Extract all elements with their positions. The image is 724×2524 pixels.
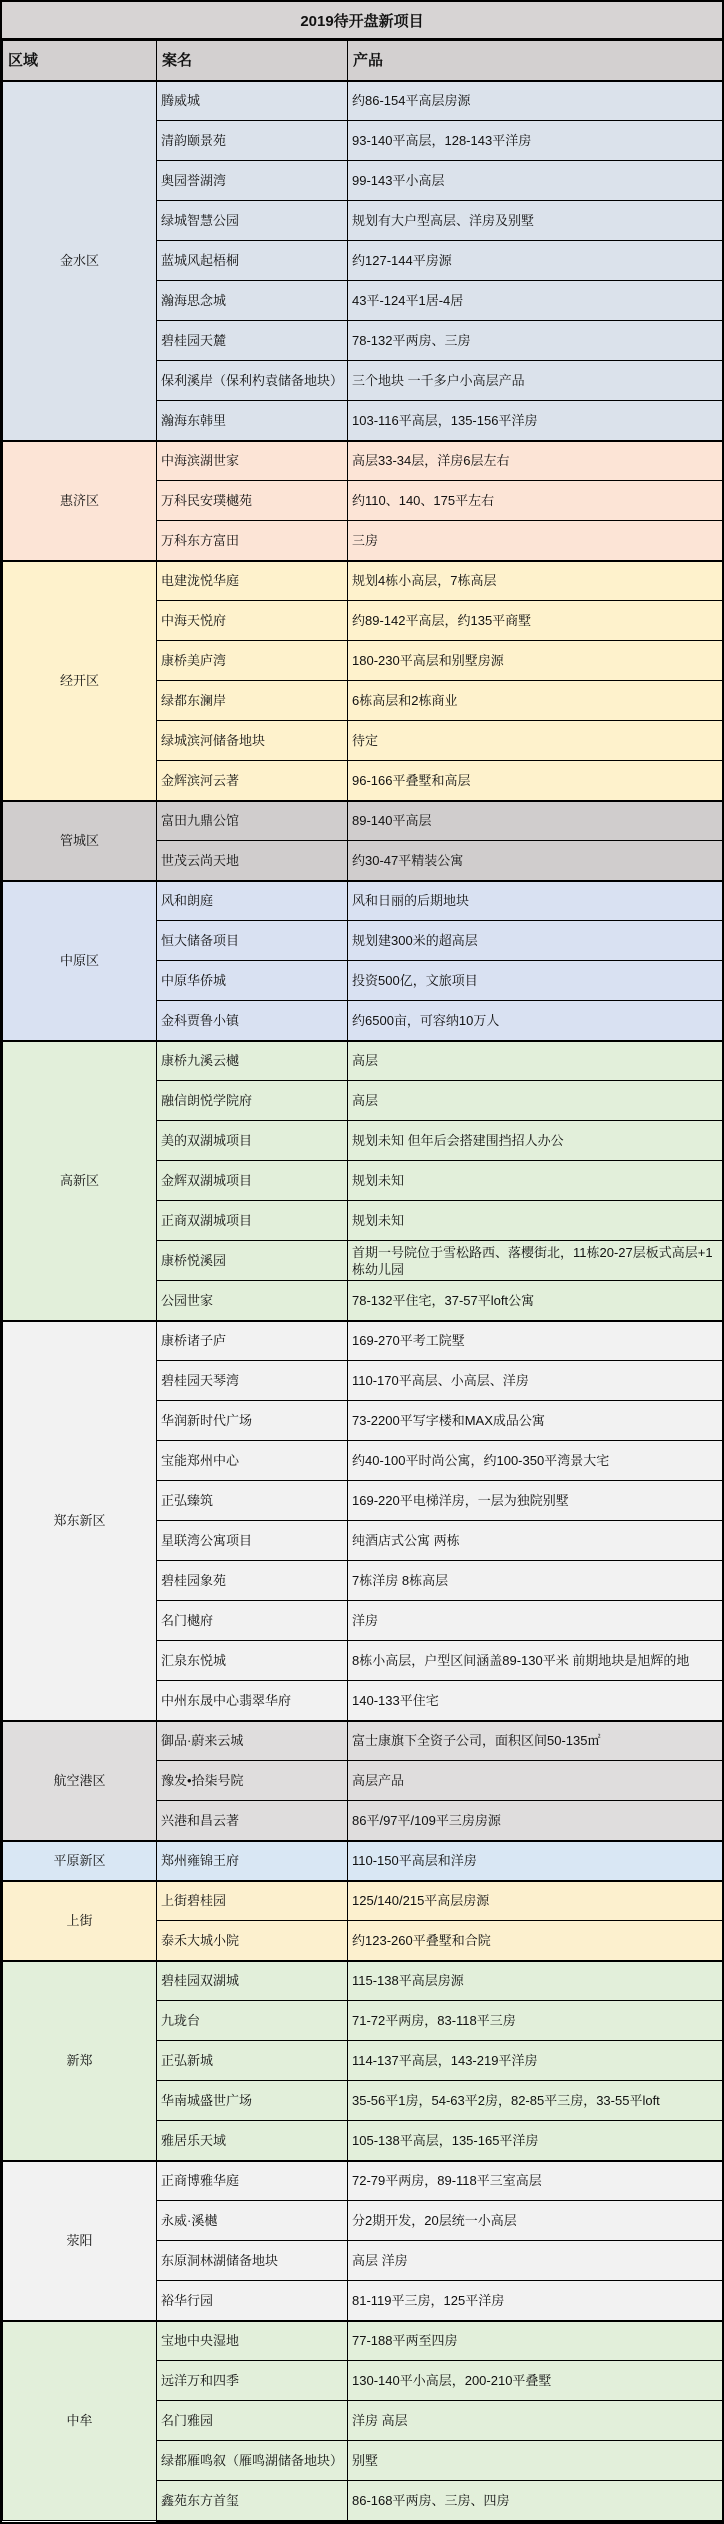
- product-cell: 规划未知: [348, 1161, 723, 1201]
- region-cell: 航空港区: [3, 1721, 157, 1841]
- region-cell: 中牟: [3, 2321, 157, 2521]
- table-row: 中原区风和朗庭风和日丽的后期地块: [3, 881, 723, 921]
- product-cell: 96-166平叠墅和高层: [348, 761, 723, 801]
- product-cell: 81-119平三房，125平洋房: [348, 2281, 723, 2321]
- project-name-cell: 汇泉东悦城: [157, 1641, 348, 1681]
- new-projects-sheet: 2019待开盘新项目 区域 案名 产品 金水区腾威城约86-154平高层房源清韵…: [0, 0, 724, 2524]
- product-cell: 89-140平高层: [348, 801, 723, 841]
- table-row: 惠济区中海滨湖世家高层33-34层，洋房6层左右: [3, 441, 723, 481]
- product-cell: 投资500亿，文旅项目: [348, 961, 723, 1001]
- project-name-cell: 保利溪岸（保利杓袁储备地块）: [157, 361, 348, 401]
- region-cell: 上街: [3, 1881, 157, 1961]
- region-cell: 惠济区: [3, 441, 157, 561]
- region-cell: 平原新区: [3, 1841, 157, 1881]
- product-cell: 约123-260平叠墅和合院: [348, 1921, 723, 1961]
- product-cell: 72-79平两房，89-118平三室高层: [348, 2161, 723, 2201]
- product-cell: 高层33-34层，洋房6层左右: [348, 441, 723, 481]
- project-name-cell: 万科民安璞樾苑: [157, 481, 348, 521]
- table-row: 郑东新区康桥诸子庐169-270平考工院墅: [3, 1321, 723, 1361]
- region-cell: 金水区: [3, 81, 157, 441]
- table-row: 平原新区郑州雍锦王府110-150平高层和洋房: [3, 1841, 723, 1881]
- project-name-cell: 郑州雍锦王府: [157, 1841, 348, 1881]
- project-name-cell: 碧桂园象苑: [157, 1561, 348, 1601]
- project-name-cell: 宝能郑州中心: [157, 1441, 348, 1481]
- table-row: 管城区富田九鼎公馆89-140平高层: [3, 801, 723, 841]
- project-name-cell: 金辉滨河云著: [157, 761, 348, 801]
- product-cell: 约40-100平时尚公寓，约100-350平湾景大宅: [348, 1441, 723, 1481]
- project-name-cell: 雅居乐天域: [157, 2121, 348, 2161]
- table-row: 航空港区御品·蔚来云城富士康旗下全资子公司，面积区间50-135㎡: [3, 1721, 723, 1761]
- project-name-cell: 中海滨湖世家: [157, 441, 348, 481]
- region-cell: 荥阳: [3, 2161, 157, 2321]
- project-name-cell: 融信朗悦学院府: [157, 1081, 348, 1121]
- project-name-cell: 康桥九溪云樾: [157, 1041, 348, 1081]
- project-name-cell: 正弘新城: [157, 2041, 348, 2081]
- product-cell: 130-140平小高层，200-210平叠墅: [348, 2361, 723, 2401]
- product-cell: 规划4栋小高层，7栋高层: [348, 561, 723, 601]
- project-name-cell: 华南城盛世广场: [157, 2081, 348, 2121]
- product-cell: 78-132平两房、三房: [348, 321, 723, 361]
- project-name-cell: 鑫苑东方首玺: [157, 2481, 348, 2521]
- product-cell: 洋房: [348, 1601, 723, 1641]
- header-row: 区域 案名 产品: [3, 41, 723, 81]
- project-name-cell: 正商博雅华庭: [157, 2161, 348, 2201]
- product-cell: 105-138平高层，135-165平洋房: [348, 2121, 723, 2161]
- project-name-cell: 万科东方富田: [157, 521, 348, 561]
- product-cell: 高层: [348, 1041, 723, 1081]
- product-cell: 约89-142平高层，约135平商墅: [348, 601, 723, 641]
- table-row: 荥阳正商博雅华庭72-79平两房，89-118平三室高层: [3, 2161, 723, 2201]
- project-name-cell: 康桥悦溪园: [157, 1241, 348, 1281]
- table-row: 中牟宝地中央湿地77-188平两至四房: [3, 2321, 723, 2361]
- project-name-cell: 兴港和昌云著: [157, 1801, 348, 1841]
- product-cell: 规划未知: [348, 1201, 723, 1241]
- product-cell: 169-270平考工院墅: [348, 1321, 723, 1361]
- project-name-cell: 中原华侨城: [157, 961, 348, 1001]
- project-name-cell: 风和朗庭: [157, 881, 348, 921]
- new-projects-table: 区域 案名 产品 金水区腾威城约86-154平高层房源清韵颐景苑93-140平高…: [2, 40, 723, 2522]
- project-name-cell: 碧桂园天麓: [157, 321, 348, 361]
- project-name-cell: 豫发•拾柒号院: [157, 1761, 348, 1801]
- table-row: 金水区腾威城约86-154平高层房源: [3, 81, 723, 121]
- product-cell: 86-168平两房、三房、四房: [348, 2481, 723, 2521]
- product-cell: 99-143平小高层: [348, 161, 723, 201]
- table-row: 经开区电建泷悦华庭规划4栋小高层，7栋高层: [3, 561, 723, 601]
- project-name-cell: 名门樾府: [157, 1601, 348, 1641]
- product-cell: 180-230平高层和别墅房源: [348, 641, 723, 681]
- project-name-cell: 碧桂园双湖城: [157, 1961, 348, 2001]
- column-header-name: 案名: [157, 41, 348, 81]
- product-cell: 7栋洋房 8栋高层: [348, 1561, 723, 1601]
- product-cell: 6栋高层和2栋商业: [348, 681, 723, 721]
- table-row: 新郑碧桂园双湖城115-138平高层房源: [3, 1961, 723, 2001]
- product-cell: 高层 洋房: [348, 2241, 723, 2281]
- project-name-cell: 恒大储备项目: [157, 921, 348, 961]
- project-name-cell: 瀚海东韩里: [157, 401, 348, 441]
- product-cell: 114-137平高层，143-219平洋房: [348, 2041, 723, 2081]
- product-cell: 富士康旗下全资子公司，面积区间50-135㎡: [348, 1721, 723, 1761]
- project-name-cell: 名门雅园: [157, 2401, 348, 2441]
- table-row: 上街上街碧桂园125/140/215平高层房源: [3, 1881, 723, 1921]
- product-cell: 43平-124平1居-4居: [348, 281, 723, 321]
- project-name-cell: 世茂云尚天地: [157, 841, 348, 881]
- project-name-cell: 宝地中央湿地: [157, 2321, 348, 2361]
- project-name-cell: 康桥美庐湾: [157, 641, 348, 681]
- product-cell: 71-72平两房，83-118平三房: [348, 2001, 723, 2041]
- project-name-cell: 华润新时代广场: [157, 1401, 348, 1441]
- project-name-cell: 裕华行园: [157, 2281, 348, 2321]
- product-cell: 高层产品: [348, 1761, 723, 1801]
- project-name-cell: 金科贾鲁小镇: [157, 1001, 348, 1041]
- product-cell: 纯酒店式公寓 两栋: [348, 1521, 723, 1561]
- product-cell: 103-116平高层，135-156平洋房: [348, 401, 723, 441]
- project-name-cell: 清韵颐景苑: [157, 121, 348, 161]
- project-name-cell: 绿城智慧公园: [157, 201, 348, 241]
- product-cell: 三个地块 一千多户小高层产品: [348, 361, 723, 401]
- project-name-cell: 正弘臻筑: [157, 1481, 348, 1521]
- project-name-cell: 远洋万和四季: [157, 2361, 348, 2401]
- table-row: 高新区康桥九溪云樾高层: [3, 1041, 723, 1081]
- project-name-cell: 美的双湖城项目: [157, 1121, 348, 1161]
- product-cell: 规划未知 但年后会搭建围挡招人办公: [348, 1121, 723, 1161]
- project-name-cell: 绿都东澜岸: [157, 681, 348, 721]
- product-cell: 首期一号院位于雪松路西、落樱街北，11栋20-27层板式高层+1栋幼儿园: [348, 1241, 723, 1281]
- product-cell: 35-56平1房，54-63平2房，82-85平三房，33-55平loft: [348, 2081, 723, 2121]
- project-name-cell: 康桥诸子庐: [157, 1321, 348, 1361]
- product-cell: 110-150平高层和洋房: [348, 1841, 723, 1881]
- product-cell: 洋房 高层: [348, 2401, 723, 2441]
- product-cell: 约127-144平房源: [348, 241, 723, 281]
- product-cell: 约6500亩，可容纳10万人: [348, 1001, 723, 1041]
- region-cell: 高新区: [3, 1041, 157, 1321]
- product-cell: 高层: [348, 1081, 723, 1121]
- project-name-cell: 电建泷悦华庭: [157, 561, 348, 601]
- product-cell: 78-132平住宅，37-57平loft公寓: [348, 1281, 723, 1321]
- project-name-cell: 蓝城风起梧桐: [157, 241, 348, 281]
- project-name-cell: 中海天悦府: [157, 601, 348, 641]
- product-cell: 别墅: [348, 2441, 723, 2481]
- project-name-cell: 奥园誉湖湾: [157, 161, 348, 201]
- project-name-cell: 绿都雁鸣叙（雁鸣湖储备地块）: [157, 2441, 348, 2481]
- project-name-cell: 中州东晟中心翡翠华府: [157, 1681, 348, 1721]
- project-name-cell: 富田九鼎公馆: [157, 801, 348, 841]
- product-cell: 三房: [348, 521, 723, 561]
- product-cell: 8栋小高层，户型区间涵盖89-130平米 前期地块是旭辉的地: [348, 1641, 723, 1681]
- project-name-cell: 碧桂园天琴湾: [157, 1361, 348, 1401]
- product-cell: 169-220平电梯洋房，一层为独院别墅: [348, 1481, 723, 1521]
- product-cell: 约86-154平高层房源: [348, 81, 723, 121]
- product-cell: 约30-47平精装公寓: [348, 841, 723, 881]
- product-cell: 86平/97平/109平三房房源: [348, 1801, 723, 1841]
- product-cell: 分2期开发，20层统一小高层: [348, 2201, 723, 2241]
- region-cell: 中原区: [3, 881, 157, 1041]
- project-name-cell: 上街碧桂园: [157, 1881, 348, 1921]
- product-cell: 125/140/215平高层房源: [348, 1881, 723, 1921]
- region-cell: 新郑: [3, 1961, 157, 2161]
- project-name-cell: 星联湾公寓项目: [157, 1521, 348, 1561]
- project-name-cell: 东原洞林湖储备地块: [157, 2241, 348, 2281]
- product-cell: 77-188平两至四房: [348, 2321, 723, 2361]
- project-name-cell: 绿城滨河储备地块: [157, 721, 348, 761]
- product-cell: 约110、140、175平左右: [348, 481, 723, 521]
- project-name-cell: 九珑台: [157, 2001, 348, 2041]
- region-cell: 管城区: [3, 801, 157, 881]
- region-cell: 经开区: [3, 561, 157, 801]
- project-name-cell: 御品·蔚来云城: [157, 1721, 348, 1761]
- product-cell: 115-138平高层房源: [348, 1961, 723, 2001]
- project-name-cell: 金辉双湖城项目: [157, 1161, 348, 1201]
- project-name-cell: 瀚海思念城: [157, 281, 348, 321]
- page-title: 2019待开盘新项目: [2, 2, 722, 40]
- product-cell: 风和日丽的后期地块: [348, 881, 723, 921]
- column-header-region: 区域: [3, 41, 157, 81]
- product-cell: 110-170平高层、小高层、洋房: [348, 1361, 723, 1401]
- product-cell: 待定: [348, 721, 723, 761]
- product-cell: 140-133平住宅: [348, 1681, 723, 1721]
- project-name-cell: 泰禾大城小院: [157, 1921, 348, 1961]
- product-cell: 规划有大户型高层、洋房及别墅: [348, 201, 723, 241]
- project-name-cell: 永威·溪樾: [157, 2201, 348, 2241]
- product-cell: 73-2200平写字楼和MAX成品公寓: [348, 1401, 723, 1441]
- product-cell: 规划建300米的超高层: [348, 921, 723, 961]
- table-body: 金水区腾威城约86-154平高层房源清韵颐景苑93-140平高层，128-143…: [3, 81, 723, 2521]
- project-name-cell: 正商双湖城项目: [157, 1201, 348, 1241]
- product-cell: 93-140平高层，128-143平洋房: [348, 121, 723, 161]
- project-name-cell: 腾威城: [157, 81, 348, 121]
- region-cell: 郑东新区: [3, 1321, 157, 1721]
- column-header-product: 产品: [348, 41, 723, 81]
- project-name-cell: 公园世家: [157, 1281, 348, 1321]
